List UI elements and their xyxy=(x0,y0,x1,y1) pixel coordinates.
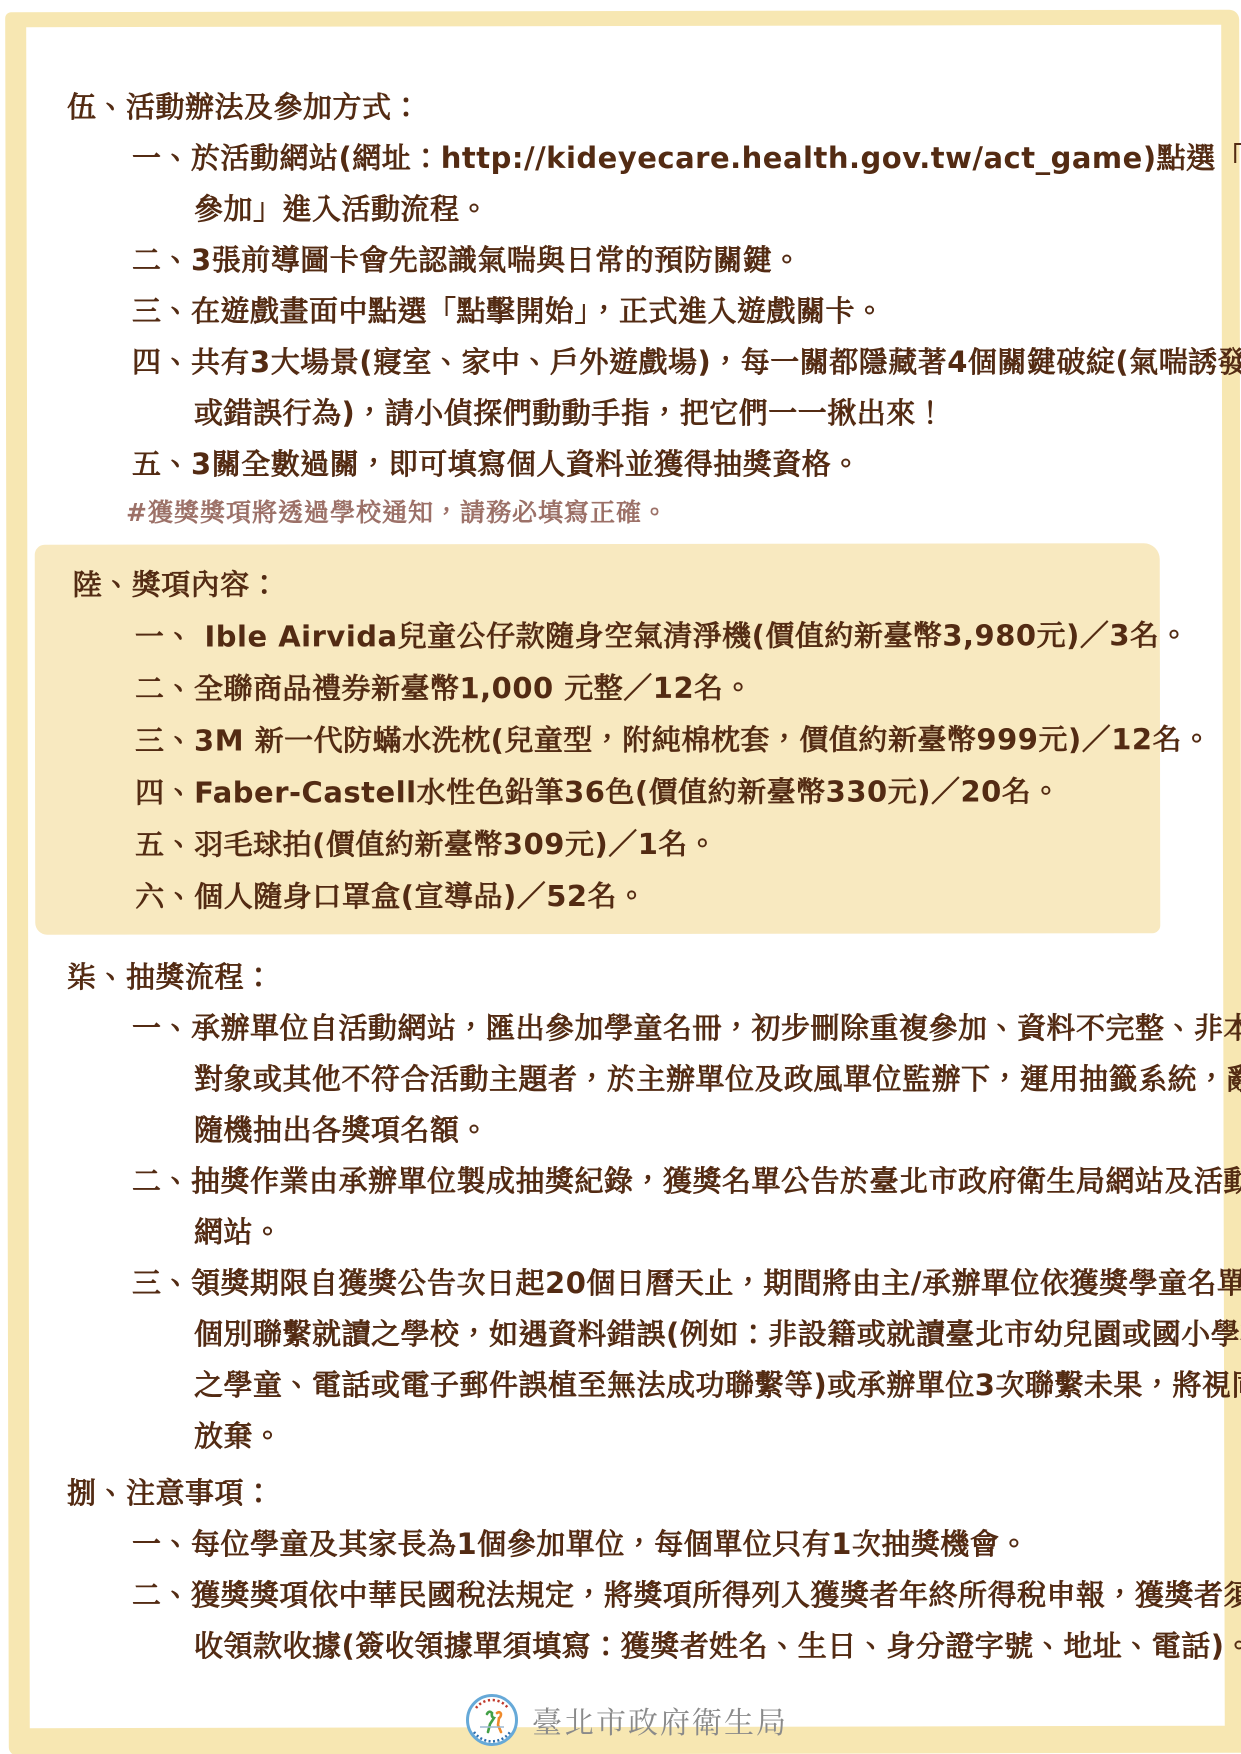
list-item-label: 五、 xyxy=(132,447,191,481)
list-item-text: 在遊戲畫面中點選「點擊開始」，正式進入遊戲關卡。 xyxy=(191,294,885,328)
list-item-text: 每位學童及其家長為1個參加單位，每個單位只有1次抽獎機會。 xyxy=(191,1527,1029,1561)
prize-item: 一、 Ible Airvida兒童公仔款隨身空氣清淨機(價值約新臺幣3,980元… xyxy=(35,609,1160,663)
list-item-label: 一、 xyxy=(135,620,194,654)
list-item-text: 抽獎作業由承辦單位製成抽獎紀錄，獲獎名單公告於臺北市政府衛生局網站及活動 xyxy=(191,1164,1241,1198)
list-item-text: 個人隨身口罩盒(宣導品)／52名。 xyxy=(194,879,646,914)
list-item-text: Faber-Castell水性色鉛筆36色(價值約新臺幣330元)／20名。 xyxy=(194,774,1061,809)
list-item-text: 領獎期限自獲獎公告次日起20個日曆天止，期間將由主/承辦單位依獲獎學童名單， xyxy=(191,1266,1241,1300)
org-name: 臺北市政府衛生局 xyxy=(532,1698,788,1742)
list-item-label: 五、 xyxy=(135,828,194,862)
list-item: 二、3張前導圖卡會先認識氣喘與日常的預防關鍵。 xyxy=(29,235,1225,286)
list-item-text: 獲獎獎項依中華民國稅法規定，將獎項所得列入獲獎者年終所得稅申報，獲獎者須簽 xyxy=(191,1578,1241,1612)
list-item: 四、共有3大場景(寢室、家中、戶外遊戲場)，每一關都隱藏著4個關鍵破綻(氣喘誘發… xyxy=(29,337,1225,388)
note-text: #獲獎獎項將透過學校通知，請務必填寫正確。 xyxy=(29,490,1225,536)
list-item-label: 三、 xyxy=(132,1266,191,1300)
prize-item: 二、全聯商品禮券新臺幣1,000 元整／12名。 xyxy=(35,661,1160,715)
list-item-text: Ible Airvida兒童公仔款隨身空氣清淨機(價值約新臺幣3,980元)／3… xyxy=(194,618,1189,653)
list-item-text: 3M 新一代防蟎水洗枕(兒童型，附純棉枕套，價值約新臺幣999元)／12名。 xyxy=(194,722,1212,757)
section-title-5: 伍、活動辦法及參加方式： xyxy=(29,82,1225,133)
list-item: 五、3關全數過關，即可填寫個人資料並獲得抽獎資格。 xyxy=(29,439,1225,490)
list-item-continuation: 放棄。 xyxy=(29,1411,1225,1462)
list-item-text: 承辦單位自活動網站，匯出參加學童名冊，初步刪除重複參加、資料不完整、非本活動 xyxy=(191,1011,1241,1045)
list-item-text: 於活動網站(網址：http://kideyecare.health.gov.tw… xyxy=(191,141,1241,175)
prize-item: 四、Faber-Castell水性色鉛筆36色(價值約新臺幣330元)／20名。 xyxy=(35,765,1160,819)
prize-item: 六、個人隨身口罩盒(宣導品)／52名。 xyxy=(35,869,1160,923)
list-item-continuation: 隨機抽出各獎項名額。 xyxy=(29,1105,1225,1156)
list-item-text: 羽毛球拍(價值約新臺幣309元)／1名。 xyxy=(194,827,717,862)
list-item-continuation: 網站。 xyxy=(29,1207,1225,1258)
list-item-label: 二、 xyxy=(132,243,191,277)
footer: 臺北市政府衛生局 xyxy=(29,1694,1225,1746)
list-item-continuation: 參加」進入活動流程。 xyxy=(29,184,1225,235)
list-item-label: 二、 xyxy=(132,1578,191,1612)
list-item-continuation: 之學童、電話或電子郵件誤植至無法成功聯繫等)或承辦單位3次聯繫未果，將視同 xyxy=(29,1360,1225,1411)
taipei-health-department-logo-icon xyxy=(466,1694,518,1746)
document-body: 伍、活動辦法及參加方式： 一、於活動網站(網址：http://kideyecar… xyxy=(29,30,1225,1746)
list-item-text: 3張前導圖卡會先認識氣喘與日常的預防關鍵。 xyxy=(191,243,802,277)
prize-highlight-box: 陸、獎項內容： 一、 Ible Airvida兒童公仔款隨身空氣清淨機(價值約新… xyxy=(35,543,1161,935)
list-item-label: 三、 xyxy=(132,294,191,328)
list-item-label: 一、 xyxy=(132,1011,191,1045)
list-item: 一、承辦單位自活動網站，匯出參加學童名冊，初步刪除重複參加、資料不完整、非本活動 xyxy=(29,1003,1225,1054)
list-item-continuation: 個別聯繫就讀之學校，如遇資料錯誤(例如：非設籍或就讀臺北市幼兒園或國小學校 xyxy=(29,1309,1225,1360)
list-item-continuation: 收領款收據(簽收領據單須填寫：獲獎者姓名、生日、身分證字號、地址、電話)。 xyxy=(29,1621,1225,1672)
list-item-label: 二、 xyxy=(132,1164,191,1198)
prize-item: 三、3M 新一代防蟎水洗枕(兒童型，附純棉枕套，價值約新臺幣999元)／12名。 xyxy=(35,713,1160,767)
list-item: 二、獲獎獎項依中華民國稅法規定，將獎項所得列入獲獎者年終所得稅申報，獲獎者須簽 xyxy=(29,1570,1225,1621)
list-item-text: 全聯商品禮券新臺幣1,000 元整／12名。 xyxy=(194,671,753,706)
section-title-8: 捌、注意事項： xyxy=(29,1468,1225,1519)
list-item-label: 一、 xyxy=(132,141,191,175)
list-item: 三、領獎期限自獲獎公告次日起20個日曆天止，期間將由主/承辦單位依獲獎學童名單， xyxy=(29,1258,1225,1309)
list-item-label: 二、 xyxy=(135,672,194,706)
list-item-text: 3關全數過關，即可填寫個人資料並獲得抽獎資格。 xyxy=(191,447,861,481)
section-title-7: 柒、抽獎流程： xyxy=(29,952,1225,1003)
list-item: 一、每位學童及其家長為1個參加單位，每個單位只有1次抽獎機會。 xyxy=(29,1519,1225,1570)
list-item-label: 四、 xyxy=(132,345,191,379)
list-item-text: 共有3大場景(寢室、家中、戶外遊戲場)，每一關都隱藏著4個關鍵破綻(氣喘誘發因子 xyxy=(191,345,1241,379)
list-item-label: 三、 xyxy=(135,724,194,758)
prize-item: 五、羽毛球拍(價值約新臺幣309元)／1名。 xyxy=(35,817,1160,871)
section-title-6: 陸、獎項內容： xyxy=(35,557,1160,611)
list-item-label: 四、 xyxy=(135,776,194,810)
list-item-continuation: 或錯誤行為)，請小偵探們動動手指，把它們一一揪出來！ xyxy=(29,388,1225,439)
list-item: 一、於活動網站(網址：http://kideyecare.health.gov.… xyxy=(29,133,1225,184)
list-item: 二、抽獎作業由承辦單位製成抽獎紀錄，獲獎名單公告於臺北市政府衛生局網站及活動 xyxy=(29,1156,1225,1207)
list-item-label: 一、 xyxy=(132,1527,191,1561)
list-item-continuation: 對象或其他不符合活動主題者，於主辦單位及政風單位監辦下，運用抽籤系統，亂數 xyxy=(29,1054,1225,1105)
list-item-label: 六、 xyxy=(135,880,194,914)
list-item: 三、在遊戲畫面中點選「點擊開始」，正式進入遊戲關卡。 xyxy=(29,286,1225,337)
